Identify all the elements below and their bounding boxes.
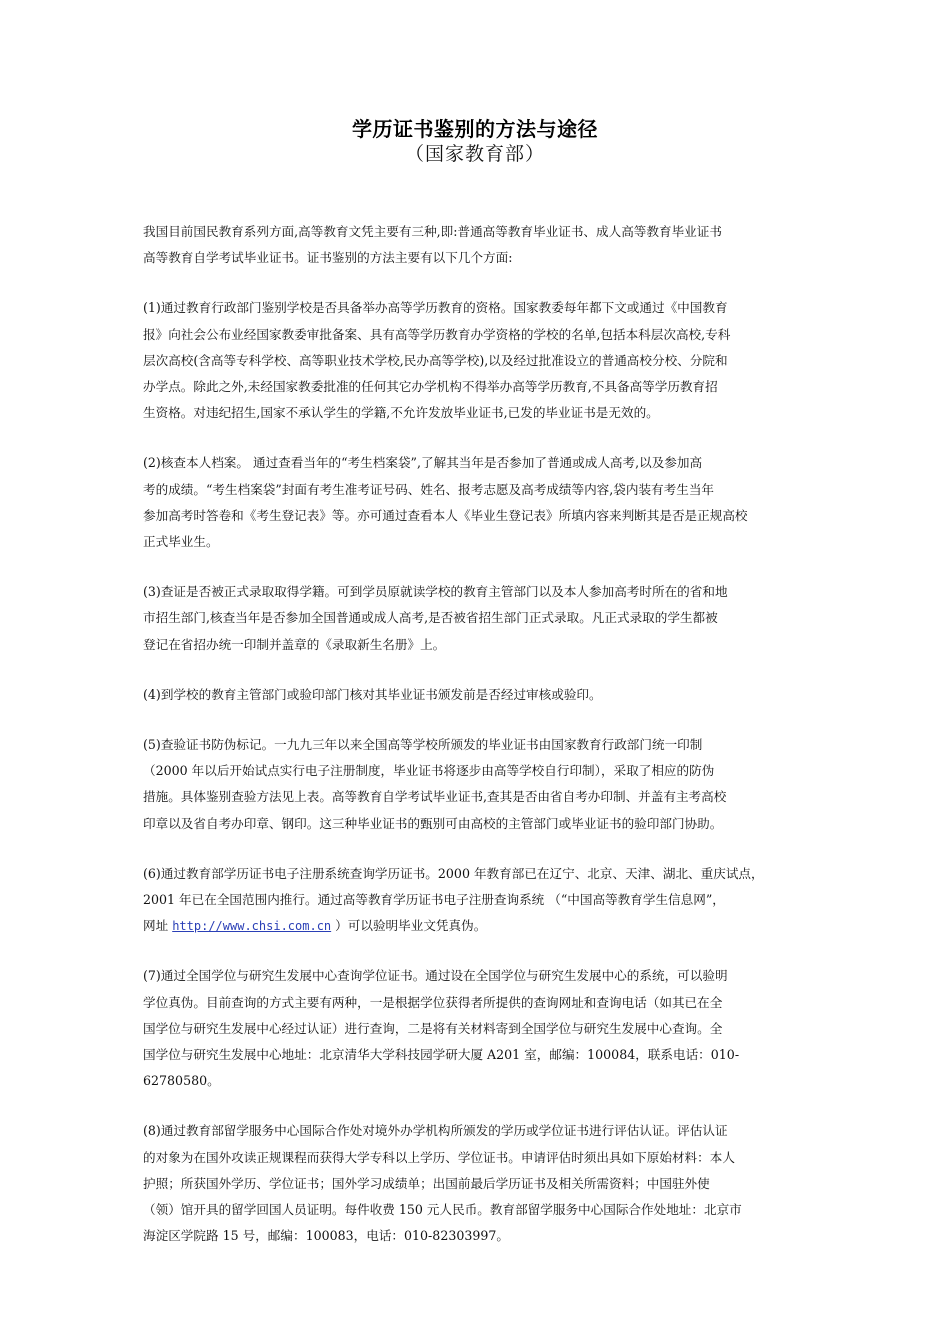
- text-line: (7)通过全国学位与研究生发展中心查询学位证书。通过设在全国学位与研究生发展中心…: [143, 963, 815, 989]
- text-line: 参加高考时答卷和《考生登记表》等。亦可通过查看本人《毕业生登记表》所填内容来判断…: [143, 503, 815, 529]
- text-line: 印章以及省自考办印章、钢印。这三种毕业证书的甄别可由高校的主管部门或毕业证书的验…: [143, 811, 815, 837]
- text-line: (6)通过教育部学历证书电子注册系统查询学历证书。2000 年教育部已在辽宁、北…: [143, 861, 815, 887]
- text-line: (4)到学校的教育主管部门或验印部门核对其毕业证书颁发前是否经过审核或验印。: [143, 682, 815, 708]
- chsi-website-link[interactable]: http://www.chsi.com.cn: [172, 919, 331, 933]
- document-title: 学历证书鉴别的方法与途径: [0, 116, 950, 142]
- text-line: 国学位与研究生发展中心经过认证）进行查询，二是将有关材料寄到全国学位与研究生发展…: [143, 1016, 815, 1042]
- text-line: 国学位与研究生发展中心地址：北京清华大学科技园学研大厦 A201 室，邮编：10…: [143, 1042, 815, 1068]
- intro-paragraph: 我国目前国民教育系列方面,高等教育文凭主要有三种,即:普通高等教育毕业证书、成人…: [143, 219, 815, 271]
- text-line: 护照；所获国外学历、学位证书；国外学习成绩单；出国前最后学历证书及相关所需资料；…: [143, 1171, 815, 1197]
- text-line: 层次高校(含高等专科学校、高等职业技术学校,民办高等学校),以及经过批准设立的普…: [143, 348, 815, 374]
- text-line: 我国目前国民教育系列方面,高等教育文凭主要有三种,即:普通高等教育毕业证书、成人…: [143, 219, 815, 245]
- document-body: 我国目前国民教育系列方面,高等教育文凭主要有三种,即:普通高等教育毕业证书、成人…: [143, 219, 815, 1274]
- link-prefix: 网址: [143, 918, 172, 933]
- link-suffix: ）可以验明毕业文凭真伪。: [331, 918, 486, 933]
- text-line: 考的成绩。“考生档案袋”封面有考生准考证号码、姓名、报考志愿及高考成绩等内容,袋…: [143, 477, 815, 503]
- section-8-paragraph: (8)通过教育部留学服务中心国际合作处对境外办学机构所颁发的学历或学位证书进行评…: [143, 1118, 815, 1249]
- text-line: (8)通过教育部留学服务中心国际合作处对境外办学机构所颁发的学历或学位证书进行评…: [143, 1118, 815, 1144]
- section-6-paragraph: (6)通过教育部学历证书电子注册系统查询学历证书。2000 年教育部已在辽宁、北…: [143, 861, 815, 940]
- text-line: 的对象为在国外攻读正规课程而获得大学专科以上学历、学位证书。申请评估时须出具如下…: [143, 1145, 815, 1171]
- title-block: 学历证书鉴别的方法与途径 （国家教育部）: [0, 116, 950, 166]
- text-line: （领）馆开具的留学回国人员证明。每件收费 150 元人民币。教育部留学服务中心国…: [143, 1197, 815, 1223]
- section-7-paragraph: (7)通过全国学位与研究生发展中心查询学位证书。通过设在全国学位与研究生发展中心…: [143, 963, 815, 1094]
- text-line: 报》向社会公布业经国家教委审批备案、具有高等学历教育办学资格的学校的名单,包括本…: [143, 322, 815, 348]
- text-line: 高等教育自学考试毕业证书。证书鉴别的方法主要有以下几个方面:: [143, 245, 815, 271]
- text-line: 海淀区学院路 15 号，邮编：100083，电话：010-82303997。: [143, 1223, 815, 1249]
- text-line: 学位真伪。目前查询的方式主要有两种，一是根据学位获得者所提供的查询网址和查询电话…: [143, 990, 815, 1016]
- section-4-paragraph: (4)到学校的教育主管部门或验印部门核对其毕业证书颁发前是否经过审核或验印。: [143, 682, 815, 708]
- link-line: 网址 http://www.chsi.com.cn ）可以验明毕业文凭真伪。: [143, 913, 815, 939]
- text-line: 62780580。: [143, 1068, 815, 1094]
- text-line: (2)核查本人档案。 通过查看当年的“考生档案袋”,了解其当年是否参加了普通或成…: [143, 450, 815, 476]
- text-line: (5)查验证书防伪标记。一九九三年以来全国高等学校所颁发的毕业证书由国家教育行政…: [143, 732, 815, 758]
- text-line: （2000 年以后开始试点实行电子注册制度，毕业证书将逐步由高等学校自行印制），…: [143, 758, 815, 784]
- text-line: (1)通过教育行政部门鉴别学校是否具备举办高等学历教育的资格。国家教委每年都下文…: [143, 295, 815, 321]
- text-line: 正式毕业生。: [143, 529, 815, 555]
- section-1-paragraph: (1)通过教育行政部门鉴别学校是否具备举办高等学历教育的资格。国家教委每年都下文…: [143, 295, 815, 426]
- section-3-paragraph: (3)查证是否被正式录取取得学籍。可到学员原就读学校的教育主管部门以及本人参加高…: [143, 579, 815, 658]
- text-line: (3)查证是否被正式录取取得学籍。可到学员原就读学校的教育主管部门以及本人参加高…: [143, 579, 815, 605]
- text-line: 市招生部门,核查当年是否参加全国普通或成人高考,是否被省招生部门正式录取。凡正式…: [143, 605, 815, 631]
- document-subtitle: （国家教育部）: [0, 142, 950, 166]
- text-line: 办学点。除此之外,未经国家教委批准的任何其它办学机构不得举办高等学历教育,不具备…: [143, 374, 815, 400]
- text-line: 生资格。对违纪招生,国家不承认学生的学籍,不允许发放毕业证书,已发的毕业证书是无…: [143, 400, 815, 426]
- text-line: 2001 年已在全国范围内推行。通过高等教育学历证书电子注册查询系统 （“中国高…: [143, 887, 815, 913]
- text-line: 登记在省招办统一印制并盖章的《录取新生名册》上。: [143, 632, 815, 658]
- section-5-paragraph: (5)查验证书防伪标记。一九九三年以来全国高等学校所颁发的毕业证书由国家教育行政…: [143, 732, 815, 837]
- text-line: 措施。具体鉴别查验方法见上表。高等教育自学考试毕业证书,查其是否由省自考办印制、…: [143, 784, 815, 810]
- section-2-paragraph: (2)核查本人档案。 通过查看当年的“考生档案袋”,了解其当年是否参加了普通或成…: [143, 450, 815, 555]
